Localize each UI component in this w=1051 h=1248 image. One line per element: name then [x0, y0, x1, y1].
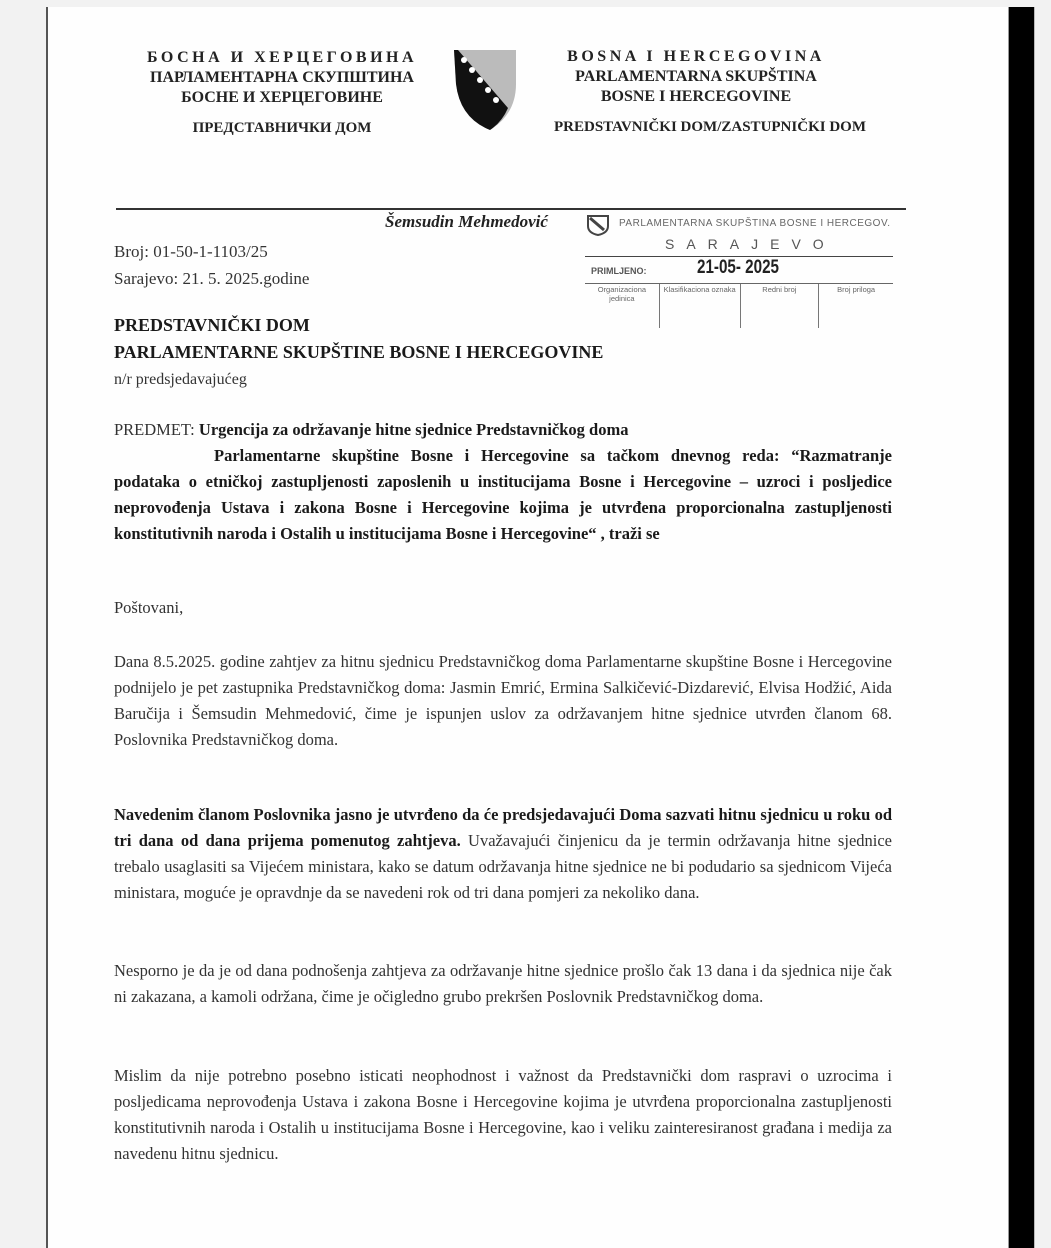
- paragraph-request: Dana 8.5.2025. godine zahtjev za hitnu s…: [114, 649, 892, 753]
- stamp-city: SARAJEVO: [665, 236, 836, 252]
- recipient-line1: PREDSTAVNIČKI DOM: [114, 312, 603, 339]
- document-page: [46, 7, 1008, 1248]
- subject-label: PREDMET:: [114, 420, 195, 439]
- stamp-col-classification: Klasifikaciona oznaka: [660, 284, 741, 328]
- header-latin-of-bih: BOSNE I HERCEGOVINE: [516, 87, 876, 107]
- paragraph-importance: Mislim da nije potrebno posebno isticati…: [114, 1063, 892, 1167]
- stamp-organization: PARLAMENTARNA SKUPŠTINA BOSNE I HERCEGOV…: [619, 218, 891, 229]
- header-cyrillic-country: БОСНА И ХЕРЦЕГОВИНА: [132, 48, 432, 68]
- reference-block: Broj: 01-50-1-1103/25 Sarajevo: 21. 5. 2…: [114, 238, 309, 292]
- stamp-emblem-icon: [585, 214, 611, 236]
- subject-title: Urgencija za održavanje hitne sjednice P…: [199, 420, 629, 439]
- place-date: Sarajevo: 21. 5. 2025.godine: [114, 265, 309, 292]
- header-cyrillic-of-bih: БОСНЕ И ХЕРЦЕГОВИНЕ: [132, 88, 432, 108]
- greeting: Poštovani,: [114, 598, 183, 618]
- stamp-received-date: 21-05- 2025: [697, 257, 779, 279]
- received-stamp: PARLAMENTARNA SKUPŠTINA BOSNE I HERCEGOV…: [585, 212, 895, 332]
- recipient-block: PREDSTAVNIČKI DOM PARLAMENTARNE SKUPŠTIN…: [114, 312, 603, 393]
- paragraph-rules: Navedenim članom Poslovnika jasno je utv…: [114, 802, 892, 906]
- recipient-attention: n/r predsjedavajućeg: [114, 366, 603, 393]
- subject-details: Parlamentarne skupštine Bosne i Hercegov…: [114, 446, 892, 543]
- recipient-line2: PARLAMENTARNE SKUPŠTINE BOSNE I HERCEGOV…: [114, 339, 603, 366]
- stamp-box: PRIMLJENO: 21-05- 2025 Organizaciona jed…: [585, 256, 893, 327]
- stamp-col-attachments: Broj priloga: [819, 284, 893, 328]
- header-latin-parliament: PARLAMENTARNA SKUPŠTINA: [516, 67, 876, 87]
- header-latin: BOSNA I HERCEGOVINA PARLAMENTARNA SKUPŠT…: [516, 47, 876, 137]
- header-cyrillic: БОСНА И ХЕРЦЕГОВИНА ПАРЛАМЕНТАРНА СКУПШТ…: [132, 48, 432, 138]
- coat-of-arms-icon: [450, 44, 520, 132]
- subject-block: PREDMET: Urgencija za održavanje hitne s…: [114, 417, 892, 547]
- stamp-columns: Organizaciona jedinica Klasifikaciona oz…: [585, 283, 893, 328]
- stamp-col-serial: Redni broj: [741, 284, 820, 328]
- header-latin-country: BOSNA I HERCEGOVINA: [516, 47, 876, 67]
- scanner-edge-bar: [1008, 7, 1035, 1248]
- signer-name: Šemsudin Mehmedović: [385, 212, 548, 232]
- header-divider: [116, 208, 906, 210]
- header-latin-house: PREDSTAVNIČKI DOM/ZASTUPNIČKI DOM: [544, 117, 876, 137]
- paragraph-violation: Nesporno je da je od dana podnošenja zah…: [114, 958, 892, 1010]
- header-cyrillic-parliament: ПАРЛАМЕНТАРНА СКУПШТИНА: [132, 68, 432, 88]
- header-cyrillic-house: ПРЕДСТАВНИЧКИ ДОМ: [132, 118, 432, 138]
- subject-tail: , traži se: [597, 524, 660, 543]
- stamp-received-label: PRIMLJENO:: [591, 266, 647, 276]
- reference-number: Broj: 01-50-1-1103/25: [114, 238, 309, 265]
